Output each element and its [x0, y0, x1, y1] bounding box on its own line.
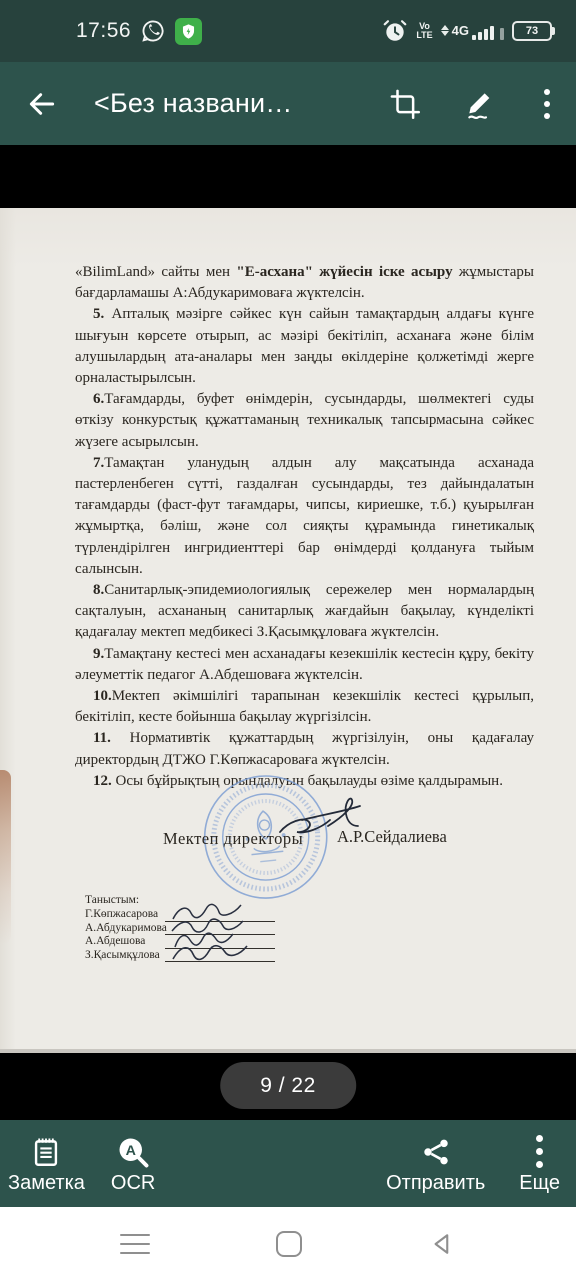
- ocr-magnifier-icon: A: [115, 1133, 151, 1171]
- scanned-page[interactable]: «BilimLand» сайты мен "Е-асхана" жүйесін…: [0, 208, 576, 1053]
- paragraph-8: 8.Санитарлық-эпидемиологиялық сережелер …: [75, 580, 534, 644]
- acquainted-row: Г.Көпжасарова: [85, 908, 534, 921]
- back-button[interactable]: [26, 88, 58, 120]
- app-bar: <Без названи…: [0, 62, 576, 145]
- notepad-icon: [29, 1133, 63, 1171]
- svg-text:A: A: [126, 1143, 136, 1159]
- acquainted-row: А.Абдешова: [85, 935, 534, 948]
- signature-row: Мектеп директоры А.Р.Сейдалиева: [75, 816, 534, 860]
- page-indicator: 9 / 22: [220, 1062, 356, 1109]
- signal-bar-sim2-icon: [500, 25, 504, 40]
- signal-bars-icon: [472, 25, 494, 40]
- paragraph-9: 9.Тамақтану кестесі мен асханадағы кезек…: [75, 644, 534, 686]
- security-app-icon: [175, 18, 202, 45]
- paragraph-10: 10.Мектеп әкімшілігі тарапынан кезекшілі…: [75, 686, 534, 728]
- recents-button[interactable]: [120, 1234, 150, 1254]
- back-nav-button[interactable]: [428, 1230, 456, 1258]
- status-time: 17:56: [76, 19, 131, 43]
- acquainted-row: З.Қасымқұлова: [85, 949, 534, 962]
- paragraph-5: 5. Апталық мәзірге сәйкес күн сайын тама…: [75, 304, 534, 389]
- edit-pen-button[interactable]: [464, 88, 496, 120]
- overflow-menu-button[interactable]: [540, 85, 554, 123]
- signature-name: А.Р.Сейдалиева: [337, 826, 447, 847]
- network-indicator: 4G: [441, 23, 504, 40]
- alarm-icon: [382, 18, 408, 44]
- crop-button[interactable]: [390, 89, 420, 119]
- home-button[interactable]: [276, 1231, 302, 1257]
- ocr-button[interactable]: A OCR: [111, 1133, 155, 1195]
- signature-role: Мектеп директоры: [163, 828, 303, 849]
- paragraph-7: 7.Тамақтан уланудың алдын алу мақсатында…: [75, 453, 534, 580]
- battery-indicator: 73: [512, 21, 552, 41]
- document-text: «BilimLand» сайты мен "Е-асхана" жүйесін…: [75, 262, 534, 962]
- bottom-toolbar: Заметка A OCR Отправит: [0, 1120, 576, 1207]
- document-title[interactable]: <Без названи…: [94, 88, 292, 119]
- document-viewer[interactable]: «BilimLand» сайты мен "Е-асхана" жүйесін…: [0, 145, 576, 1120]
- acquainted-row: А.Абдукаримова: [85, 922, 534, 935]
- share-button[interactable]: Отправить: [386, 1133, 485, 1195]
- paragraph-intro: «BilimLand» сайты мен "Е-асхана" жүйесін…: [75, 262, 534, 304]
- android-navbar: [0, 1207, 576, 1280]
- note-button[interactable]: Заметка: [8, 1133, 85, 1195]
- more-button[interactable]: Еще: [519, 1133, 560, 1195]
- whatsapp-icon: [140, 18, 166, 44]
- more-dots-icon: [532, 1131, 547, 1172]
- data-arrows-icon: [441, 25, 449, 36]
- paragraph-6: 6.Тағамдарды, буфет өнімдерін, сусындард…: [75, 389, 534, 453]
- volte-indicator: Vo LTE: [416, 22, 432, 40]
- signature-line: [165, 950, 275, 962]
- share-icon: [420, 1133, 452, 1171]
- status-bar: 17:56 Vo LTE 4G: [0, 0, 576, 62]
- finger-edge: [0, 770, 11, 945]
